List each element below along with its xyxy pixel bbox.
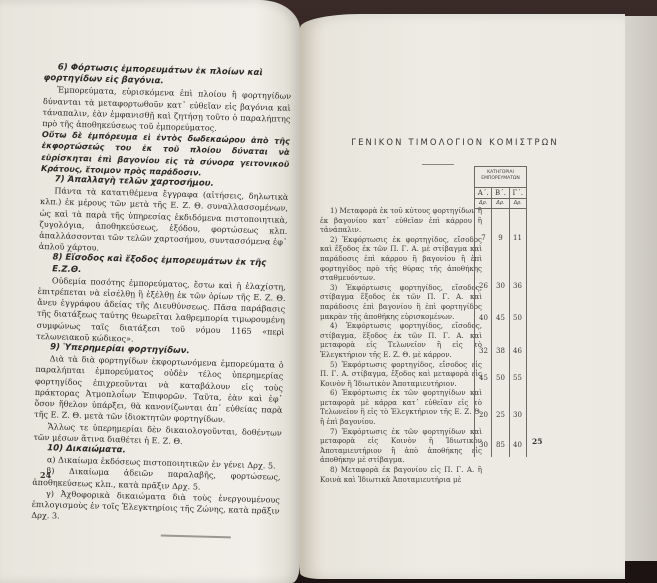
tariff-row-description: 4) Ἐκφόρτωσις φορτηγίδος, εἴσοδος, στίβα…: [320, 321, 482, 359]
table-row: 30 85 40: [475, 441, 526, 449]
tariff-row-description: 8) Μεταφορὰ ἐκ βαγονίου εἰς Π. Γ. Α. ἢ Κ…: [320, 465, 482, 484]
value-cell: 45: [492, 314, 509, 322]
table-row: 7 9 11: [475, 234, 526, 242]
value-cell: 25: [492, 411, 509, 419]
paragraph: Διὰ τὰ διὰ φορτηγίδων ἐκφορτωνόμενα ἐμπο…: [34, 353, 284, 427]
table-row: 26 30 36: [475, 282, 526, 290]
paragraph: Οὐδεμία ποσότης ἐμπορεύματος, ἔστω καὶ ἡ…: [36, 275, 286, 349]
paragraph: Πάντα τὰ κατατιθέμενα ἔγγραφα (αἰτήσεις,…: [39, 185, 289, 259]
table-row: 20 25 30: [475, 411, 526, 419]
end-rule-divider: [161, 535, 231, 539]
page-title: ΓΕΝΙΚΟΝ ΤΙΜΟΛΟΓΙΟΝ ΚΟΜΙΣΤΡΩΝ: [340, 137, 570, 147]
tariff-row-description: 3) Ἐκφόρτωσις φορτηγίδος, εἴσοδος, στίβα…: [320, 283, 482, 321]
value-cell: 30: [509, 411, 526, 419]
tariff-row-description: 2) Ἐκφόρτωσις ἐκ φορτηγίδος, εἴσοδος καὶ…: [320, 235, 482, 283]
column-header-c: Γ΄.: [510, 188, 526, 198]
book-cover-edge: [620, 16, 657, 561]
value-cell: 32: [475, 347, 492, 355]
table-column-headers: Α΄. Β΄. Γ΄.: [475, 188, 526, 199]
tariff-row-description: 1) Μεταφορὰ ἐκ τοῦ κύτους φορτηγίδων ἢ ἐ…: [320, 206, 482, 235]
value-cell: 50: [492, 374, 509, 382]
tariff-row-description: 5) Ἐκφόρτωσις φορτηγίδος, εἴσοδος εἰς Π.…: [320, 360, 482, 389]
page-number-left: 24: [40, 470, 51, 480]
value-cell: 85: [492, 441, 509, 449]
value-cell: 7: [475, 234, 492, 242]
value-cell: 40: [475, 314, 492, 322]
value-cell: 55: [509, 374, 526, 382]
tariff-row-description: 7) Ἐκφόρτωσις ἐκ τῶν φορτηγίδων καὶ μετα…: [320, 427, 482, 465]
value-cell: 11: [509, 234, 526, 242]
table-row: 40 45 50: [475, 314, 526, 322]
left-page-content: 6) Φόρτωσις ἐμπορευμάτων ἐκ πλοίων καὶ φ…: [31, 62, 292, 540]
value-cell: 40: [509, 441, 526, 449]
value-cell: 45: [475, 374, 492, 382]
value-cell: 36: [509, 282, 526, 290]
value-cell: 9: [492, 234, 509, 242]
value-cell: 30: [475, 441, 492, 449]
value-cell: 50: [509, 314, 526, 322]
value-cell: 26: [475, 282, 492, 290]
value-cell: 20: [475, 411, 492, 419]
column-header-b: Β΄.: [492, 188, 509, 198]
paragraph: Ἐμπορεύματα, εὑρισκόμενα ἐπὶ πλοίου ἢ φο…: [42, 84, 291, 136]
column-header-a: Α΄.: [475, 188, 492, 198]
right-page: ΓΕΝΙΚΟΝ ΤΙΜΟΛΟΓΙΟΝ ΚΟΜΙΣΤΡΩΝ 1) Μεταφορὰ…: [300, 14, 625, 579]
table-column-rules: [475, 205, 526, 457]
value-cell: 46: [509, 347, 526, 355]
rate-table: ΚΑΤΗΓΟΡΙΑΙ ΕΜΠΟΡΕΥΜΑΤΩΝ Α΄. Β΄. Γ΄. Δρ. …: [474, 166, 527, 457]
left-page: 6) Φόρτωσις ἐμπορευμάτων ἐκ πλοίων καὶ φ…: [0, 0, 300, 583]
tariff-row-description: 6) Ἐκφόρτωσις ἐκ τῶν φορτηγίδων καὶ μετα…: [320, 388, 482, 426]
table-row: 32 38 46: [475, 347, 526, 355]
table-row: 45 50 55: [475, 374, 526, 382]
value-cell: 30: [492, 282, 509, 290]
tariff-descriptions: 1) Μεταφορὰ ἐκ τοῦ κύτους φορτηγίδων ἢ ἐ…: [320, 206, 482, 484]
page-number-right: 25: [532, 437, 542, 446]
title-underline: [422, 164, 454, 165]
table-header-group: ΚΑΤΗΓΟΡΙΑΙ ΕΜΠΟΡΕΥΜΑΤΩΝ: [475, 167, 526, 188]
value-cell: 38: [492, 347, 509, 355]
paragraph: γ) Ἀχθοφορικὰ δικαιώματα διὰ τοὺς ἐνεργο…: [31, 488, 280, 529]
paragraph-bold: Οὕτω δὲ ἐμπόρευμα εἰ ἐντὸς δωδεκαώρου ἀπ…: [41, 129, 290, 181]
